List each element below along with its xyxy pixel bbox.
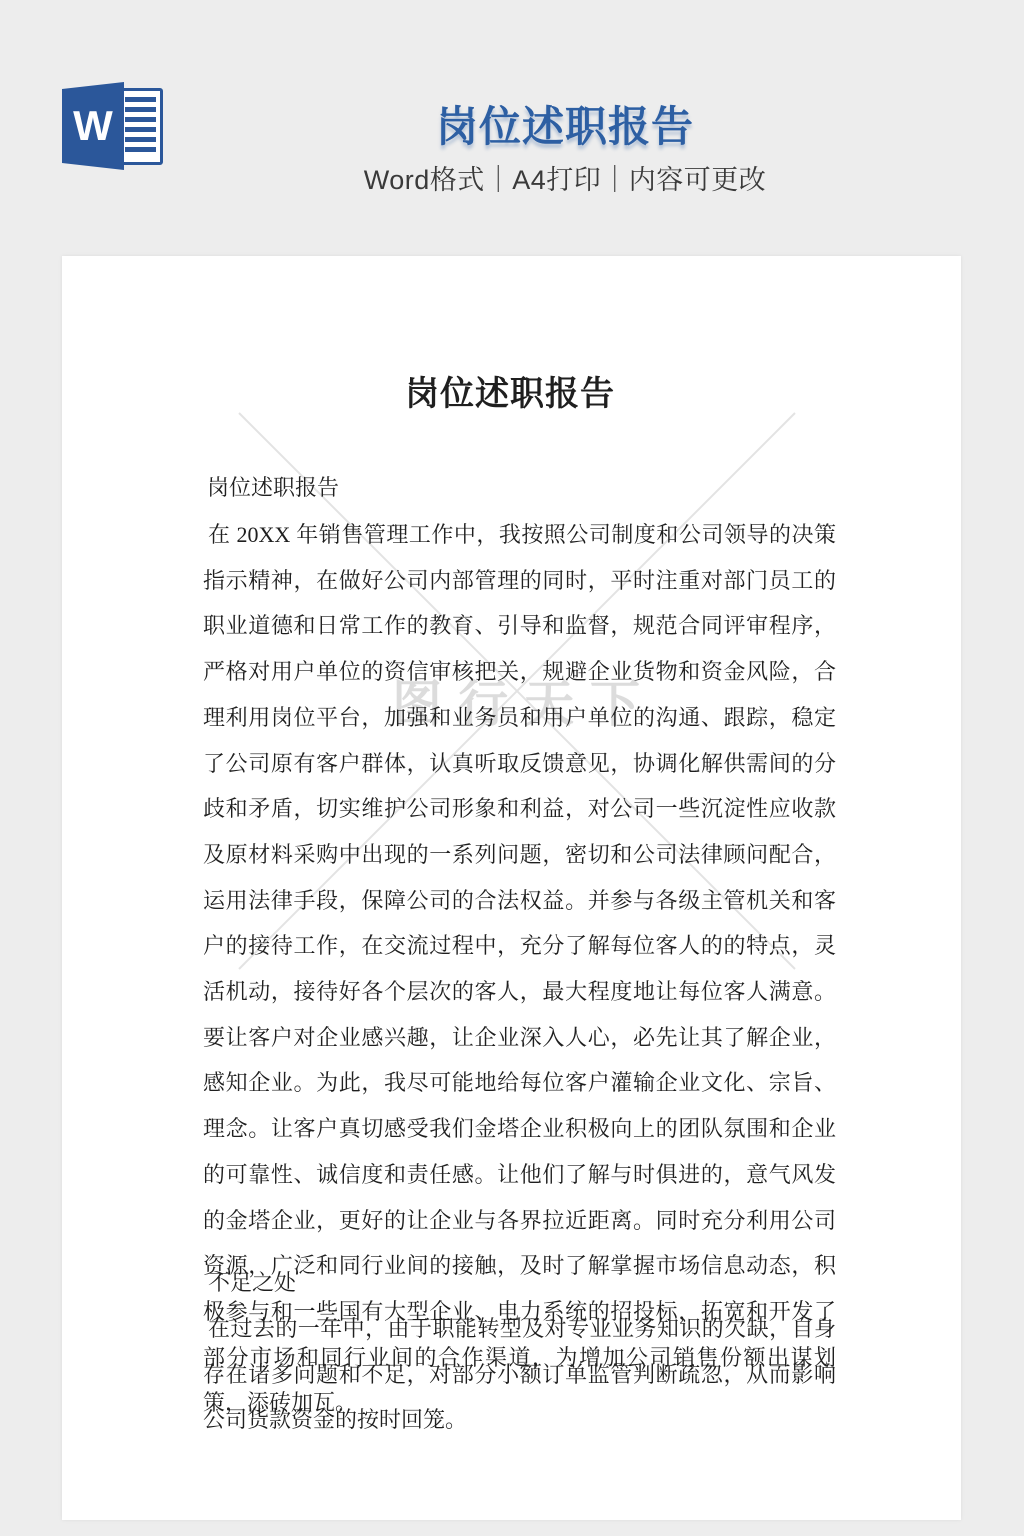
template-format-subtitle: Word格式｜A4打印｜内容可更改 (364, 158, 767, 197)
paragraph-body-2: 在过去的一年中，由于职能转型及对专业业务知识的欠缺，自身存在诸多问题和不足，对部… (203, 1306, 836, 1443)
word-icon-letter: W (73, 105, 113, 147)
document-heading-line: 岗位述职报告 (203, 474, 339, 502)
paragraph-body-1: 在 20XX 年销售管理工作中，我按照公司制度和公司领导的决策指示精神，在做好公… (203, 512, 836, 1426)
document-page: 图行天下 岗位述职报告 岗位述职报告 在 20XX 年销售管理工作中，我按照公司… (62, 256, 961, 1520)
preview-background: W 岗位述职报告 Word格式｜A4打印｜内容可更改 图行天下 岗位述职报告 岗… (0, 0, 1024, 1536)
template-title: 岗位述职报告 (436, 94, 694, 154)
word-file-icon: W (62, 82, 166, 170)
word-icon-text-lines (125, 97, 156, 157)
section-heading-shortcomings: 不足之处 (203, 1269, 296, 1297)
word-icon-front-cover: W (62, 82, 124, 170)
document-title: 岗位述职报告 (405, 366, 615, 415)
